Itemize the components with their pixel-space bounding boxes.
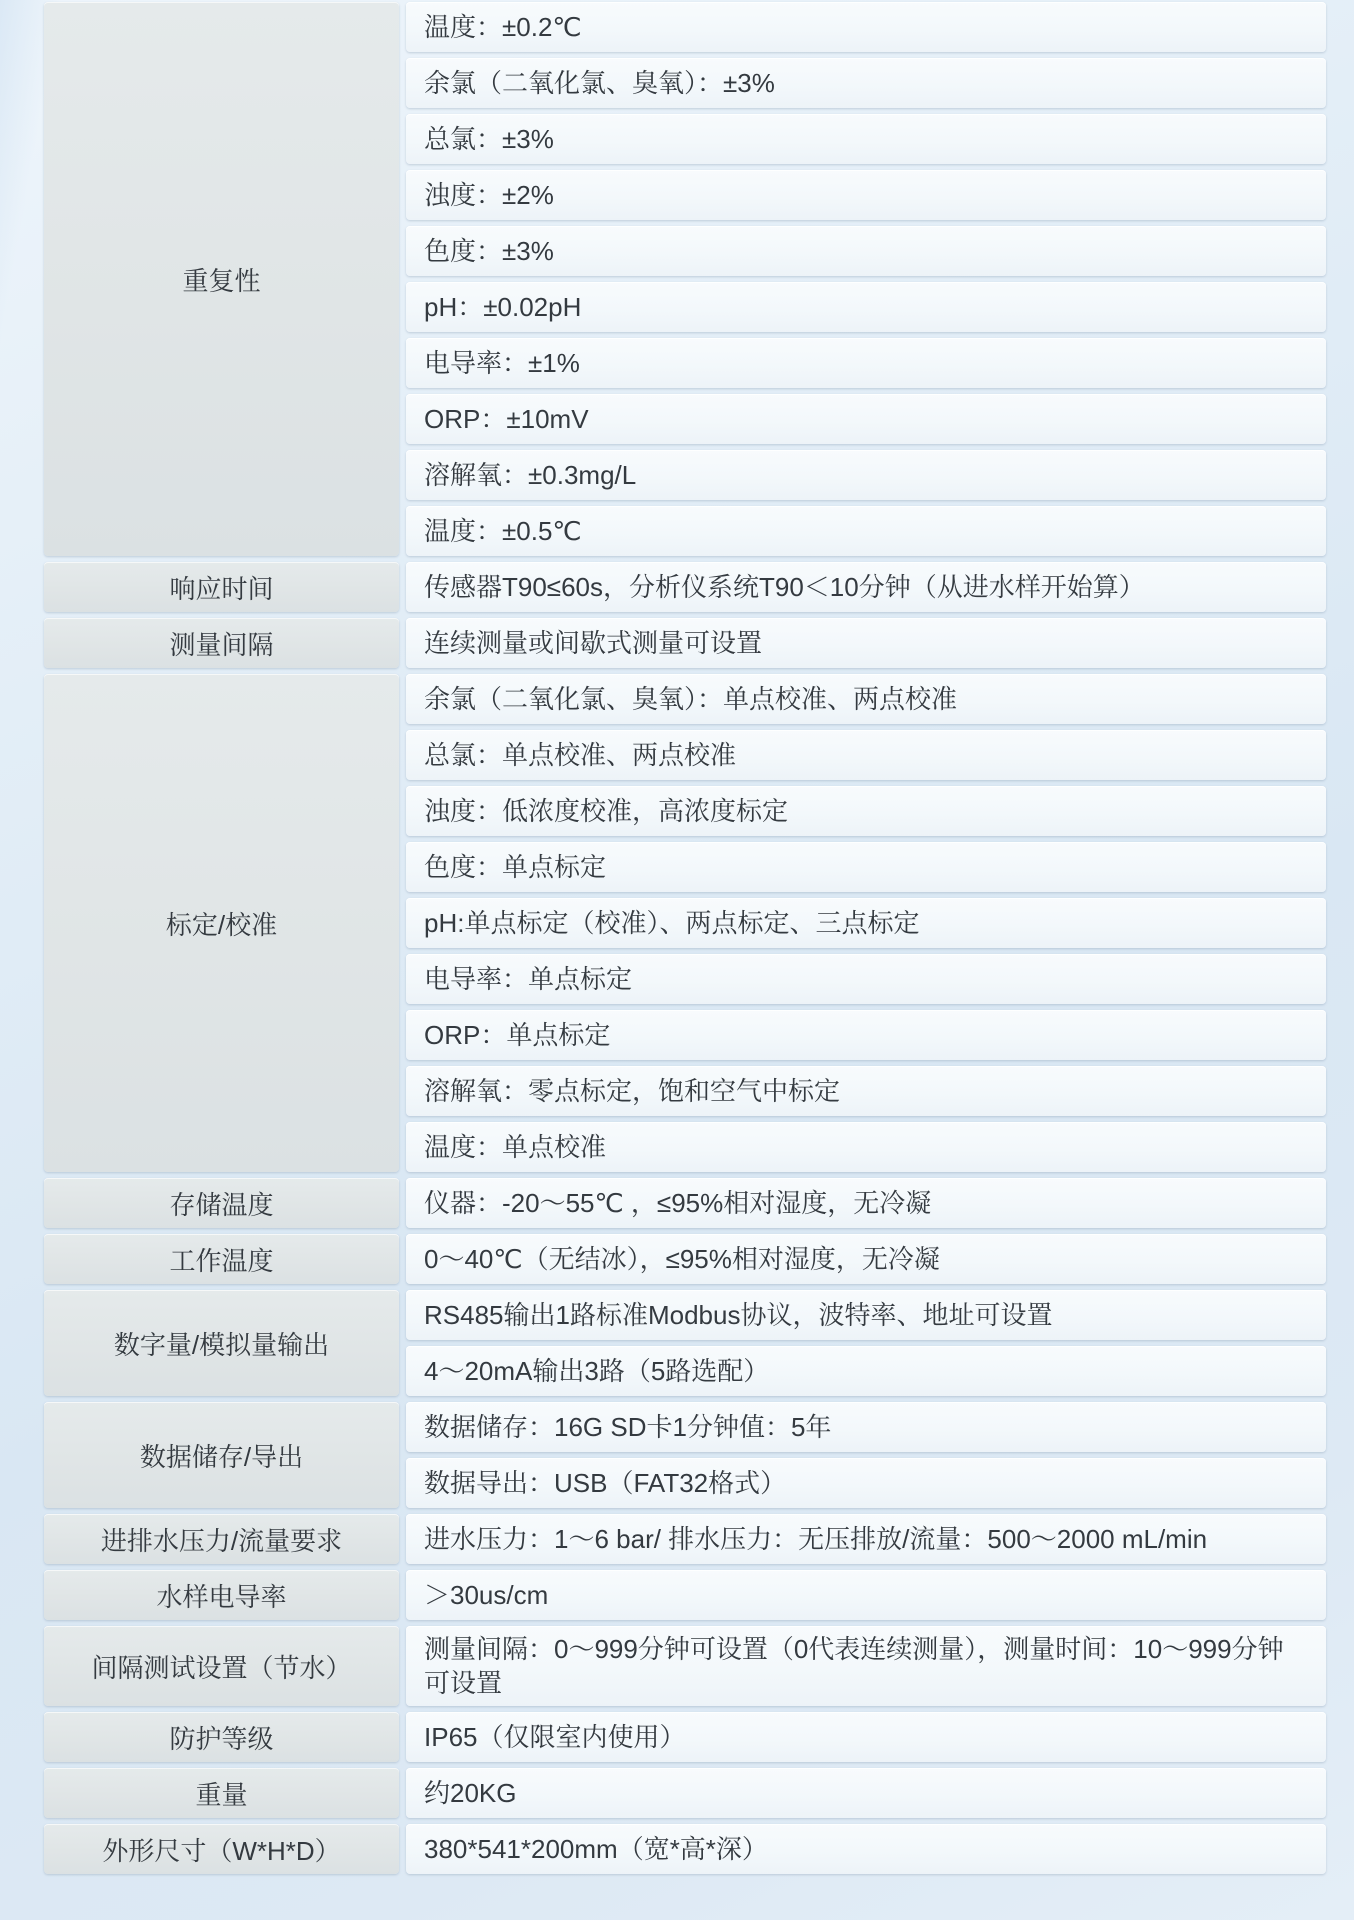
spec-value-cell: 温度：±0.5℃: [406, 506, 1326, 556]
spec-value-column: IP65（仅限室内使用）: [406, 1712, 1326, 1762]
spec-value-column: 温度：±0.2℃余氯（二氧化氯、臭氧）：±3%总氯：±3%浊度：±2%色度：±3…: [406, 2, 1326, 556]
spec-category-cell: 重复性: [44, 2, 399, 556]
spec-table: 重复性温度：±0.2℃余氯（二氧化氯、臭氧）：±3%总氯：±3%浊度：±2%色度…: [44, 0, 1326, 1874]
spec-value-column: 传感器T90≤60s，分析仪系统T90＜10分钟（从进水样开始算）: [406, 562, 1326, 612]
spec-value-cell: 4～20mA输出3路（5路选配）: [406, 1346, 1326, 1396]
spec-value-column: 进水压力：1～6 bar/ 排水压力：无压排放/流量：500～2000 mL/m…: [406, 1514, 1326, 1564]
spec-value-cell: 浊度：低浓度校准，高浓度标定: [406, 786, 1326, 836]
spec-value-cell: 传感器T90≤60s，分析仪系统T90＜10分钟（从进水样开始算）: [406, 562, 1326, 612]
spec-value-cell: pH:单点标定（校准）、两点标定、三点标定: [406, 898, 1326, 948]
spec-value-cell: 电导率：单点标定: [406, 954, 1326, 1004]
spec-value-column: RS485输出1路标准Modbus协议，波特率、地址可设置4～20mA输出3路（…: [406, 1290, 1326, 1396]
spec-category-cell: 存储温度: [44, 1178, 399, 1228]
spec-value-cell: 仪器：-20～55℃ ，≤95%相对湿度，无冷凝: [406, 1178, 1326, 1228]
spec-category-cell: 响应时间: [44, 562, 399, 612]
spec-category-cell: 数字量/模拟量输出: [44, 1290, 399, 1396]
spec-section: 数字量/模拟量输出RS485输出1路标准Modbus协议，波特率、地址可设置4～…: [44, 1290, 1326, 1396]
spec-section: 间隔测试设置（节水）测量间隔：0～999分钟可设置（0代表连续测量），测量时间：…: [44, 1626, 1326, 1706]
spec-section: 响应时间传感器T90≤60s，分析仪系统T90＜10分钟（从进水样开始算）: [44, 562, 1326, 612]
spec-category-cell: 标定/校准: [44, 674, 399, 1172]
spec-value-column: 约20KG: [406, 1768, 1326, 1818]
spec-category-cell: 间隔测试设置（节水）: [44, 1626, 399, 1706]
spec-value-cell: 色度：±3%: [406, 226, 1326, 276]
spec-value-column: ＞30us/cm: [406, 1570, 1326, 1620]
spec-category-cell: 数据储存/导出: [44, 1402, 399, 1508]
spec-value-column: 0～40℃（无结冰），≤95%相对湿度，无冷凝: [406, 1234, 1326, 1284]
spec-value-cell: 380*541*200mm（宽*高*深）: [406, 1824, 1326, 1874]
page-background: { "page": { "description": "水质分析仪产品技术规格表…: [0, 0, 1354, 1920]
spec-value-cell: 约20KG: [406, 1768, 1326, 1818]
spec-value-column: 仪器：-20～55℃ ，≤95%相对湿度，无冷凝: [406, 1178, 1326, 1228]
spec-section: 防护等级IP65（仅限室内使用）: [44, 1712, 1326, 1762]
spec-value-cell: 测量间隔：0～999分钟可设置（0代表连续测量），测量时间：10～999分钟可设…: [406, 1626, 1326, 1706]
spec-category-cell: 工作温度: [44, 1234, 399, 1284]
spec-value-cell: 浊度：±2%: [406, 170, 1326, 220]
spec-category-cell: 进排水压力/流量要求: [44, 1514, 399, 1564]
spec-value-cell: 连续测量或间歇式测量可设置: [406, 618, 1326, 668]
spec-category-cell: 防护等级: [44, 1712, 399, 1762]
spec-value-cell: ORP：单点标定: [406, 1010, 1326, 1060]
spec-value-column: 余氯（二氧化氯、臭氧）：单点校准、两点校准总氯：单点校准、两点校准浊度：低浓度校…: [406, 674, 1326, 1172]
spec-category-cell: 水样电导率: [44, 1570, 399, 1620]
spec-section: 重量约20KG: [44, 1768, 1326, 1818]
spec-value-cell: 总氯：±3%: [406, 114, 1326, 164]
spec-value-cell: pH：±0.02pH: [406, 282, 1326, 332]
spec-value-cell: 余氯（二氧化氯、臭氧）：单点校准、两点校准: [406, 674, 1326, 724]
spec-value-column: 数据储存：16G SD卡1分钟值：5年数据导出：USB（FAT32格式）: [406, 1402, 1326, 1508]
spec-section: 进排水压力/流量要求进水压力：1～6 bar/ 排水压力：无压排放/流量：500…: [44, 1514, 1326, 1564]
spec-section: 重复性温度：±0.2℃余氯（二氧化氯、臭氧）：±3%总氯：±3%浊度：±2%色度…: [44, 2, 1326, 556]
spec-value-cell: IP65（仅限室内使用）: [406, 1712, 1326, 1762]
spec-value-cell: ＞30us/cm: [406, 1570, 1326, 1620]
spec-value-cell: 0～40℃（无结冰），≤95%相对湿度，无冷凝: [406, 1234, 1326, 1284]
spec-value-cell: 进水压力：1～6 bar/ 排水压力：无压排放/流量：500～2000 mL/m…: [406, 1514, 1326, 1564]
spec-value-cell: 色度：单点标定: [406, 842, 1326, 892]
spec-value-cell: 温度：±0.2℃: [406, 2, 1326, 52]
spec-category-cell: 外形尺寸（W*H*D）: [44, 1824, 399, 1874]
spec-value-cell: 数据导出：USB（FAT32格式）: [406, 1458, 1326, 1508]
spec-section: 数据储存/导出数据储存：16G SD卡1分钟值：5年数据导出：USB（FAT32…: [44, 1402, 1326, 1508]
spec-value-cell: 余氯（二氧化氯、臭氧）：±3%: [406, 58, 1326, 108]
spec-value-cell: RS485输出1路标准Modbus协议，波特率、地址可设置: [406, 1290, 1326, 1340]
spec-section: 测量间隔连续测量或间歇式测量可设置: [44, 618, 1326, 668]
spec-value-column: 测量间隔：0～999分钟可设置（0代表连续测量），测量时间：10～999分钟可设…: [406, 1626, 1326, 1706]
spec-section: 工作温度0～40℃（无结冰），≤95%相对湿度，无冷凝: [44, 1234, 1326, 1284]
spec-section: 存储温度仪器：-20～55℃ ，≤95%相对湿度，无冷凝: [44, 1178, 1326, 1228]
spec-value-cell: 总氯：单点校准、两点校准: [406, 730, 1326, 780]
spec-value-column: 连续测量或间歇式测量可设置: [406, 618, 1326, 668]
spec-section: 外形尺寸（W*H*D）380*541*200mm（宽*高*深）: [44, 1824, 1326, 1874]
spec-category-cell: 重量: [44, 1768, 399, 1818]
spec-value-cell: 数据储存：16G SD卡1分钟值：5年: [406, 1402, 1326, 1452]
spec-category-cell: 测量间隔: [44, 618, 399, 668]
spec-value-cell: 温度：单点校准: [406, 1122, 1326, 1172]
spec-section: 水样电导率＞30us/cm: [44, 1570, 1326, 1620]
spec-value-cell: 电导率：±1%: [406, 338, 1326, 388]
spec-value-cell: 溶解氧：±0.3mg/L: [406, 450, 1326, 500]
spec-section: 标定/校准余氯（二氧化氯、臭氧）：单点校准、两点校准总氯：单点校准、两点校准浊度…: [44, 674, 1326, 1172]
spec-value-cell: 溶解氧：零点标定，饱和空气中标定: [406, 1066, 1326, 1116]
spec-value-column: 380*541*200mm（宽*高*深）: [406, 1824, 1326, 1874]
spec-value-cell: ORP：±10mV: [406, 394, 1326, 444]
